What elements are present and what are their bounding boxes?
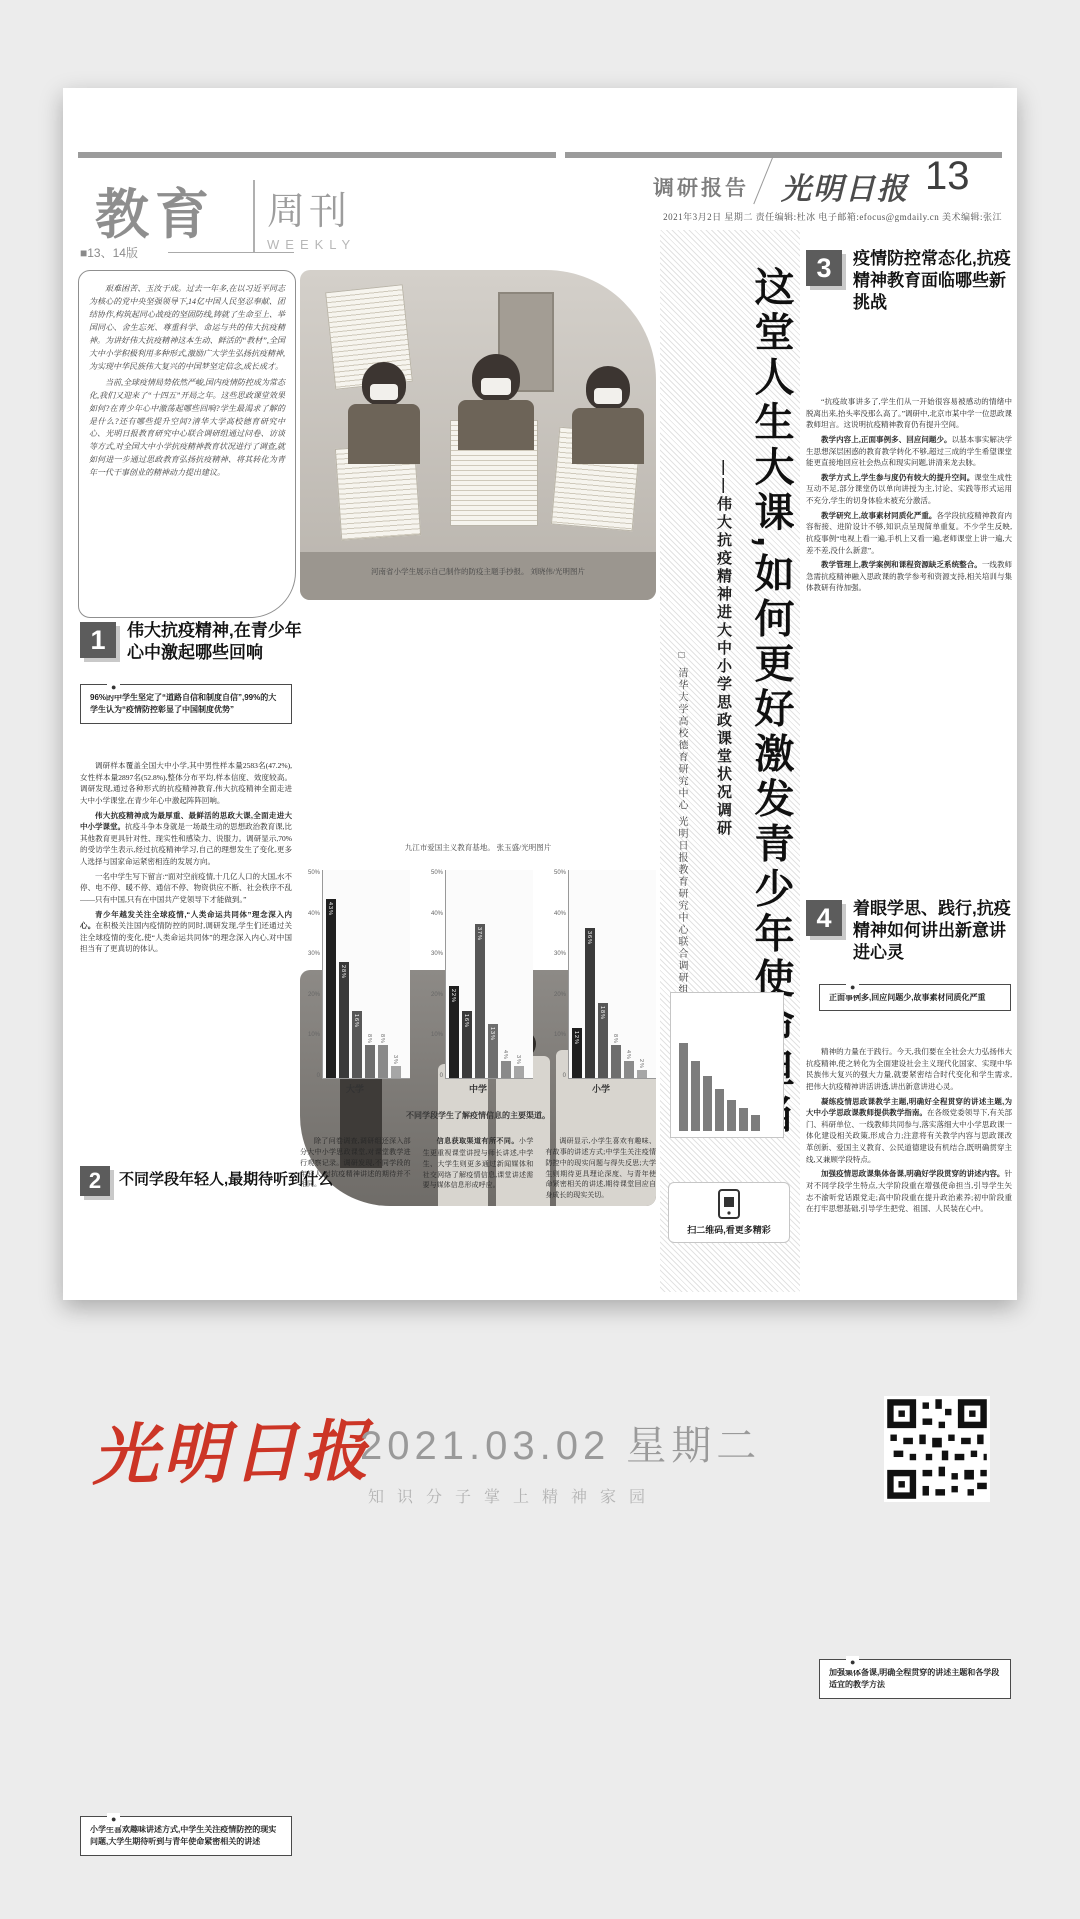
photo-students-posters bbox=[300, 270, 656, 600]
body-paragraph: 精神的力量在于践行。今天,我们要在全社会大力弘扬伟大抗疫精神,使之转化为全面建设… bbox=[806, 1046, 1012, 1093]
footer-date: 2021.03.02 星期二 bbox=[360, 1414, 761, 1471]
chart-bar: 8% bbox=[365, 1045, 375, 1078]
footer-logo: 光明日报 bbox=[91, 1398, 373, 1498]
chart-bar: 8% bbox=[378, 1045, 388, 1078]
mini-chart-bar bbox=[679, 1043, 688, 1131]
chart-x-label: 中学 bbox=[423, 1082, 533, 1095]
child-silhouette bbox=[348, 404, 420, 464]
photo-2-credit: 张玉盛/光明图片 bbox=[497, 843, 552, 852]
page-number: 13 bbox=[925, 154, 970, 199]
section-brand: 教育 bbox=[95, 172, 215, 249]
bullet-icon: ● bbox=[846, 1656, 859, 1670]
photo-2-caption-text: 九江市爱国主义教育基地。 bbox=[405, 843, 495, 852]
phone-icon bbox=[718, 1189, 740, 1219]
mini-chart-bar bbox=[691, 1061, 700, 1131]
intro-paragraph-1: 艰难困苦、玉汝于成。过去一年多,在以习近平同志为核心的党中央坚强领导下,14亿中… bbox=[89, 283, 285, 374]
intro-paragraph-2: 当前,全球疫情局势依然严峻,国内疫情防控成为常态化,我们又迎来了“十四五”开局之… bbox=[89, 377, 285, 481]
section-1-title: 伟大抗疫精神,在青少年心中激起哪些回响 bbox=[127, 620, 307, 664]
y-axis: 50%40%30%20%10%0 bbox=[423, 870, 445, 1079]
section-1-keynote: ● 96%的中学生坚定了“道路自信和制度自信”,99%的大学生认为“疫情防控彰显… bbox=[80, 684, 292, 724]
face-mask-shape bbox=[481, 378, 511, 395]
bullet-icon: ● bbox=[107, 1813, 120, 1827]
chart-bar: 2% bbox=[637, 1070, 647, 1078]
section-3-body: “抗疫故事讲多了,学生们从一开始很容易被感动的情绪中脱离出来,抬头率没那么高了。… bbox=[806, 396, 1012, 890]
section-4-keynote: ● 加强集体备课,明确全程贯穿的讲述主题和各学段适宜的教学方法 bbox=[819, 1659, 1011, 1699]
chart-plot: 43%28%16%8%8%3% bbox=[322, 870, 410, 1079]
chart-bar: 36% bbox=[585, 928, 595, 1078]
bullet-icon: ● bbox=[846, 981, 859, 995]
masthead-title: 光明日报 bbox=[781, 164, 909, 208]
mini-chart-bar bbox=[715, 1089, 724, 1131]
charts-caption: 不同学段学生了解疫情信息的主要渠道。 bbox=[300, 1110, 656, 1121]
qr-code bbox=[884, 1396, 990, 1502]
body-paragraph: 青少年越发关注全球疫情,“人类命运共同体”理念深入内心。在积极关注国内疫情防控的… bbox=[80, 909, 292, 956]
photo-1-caption-text: 河南省小学生展示自己制作的防疫主题手抄报。 bbox=[371, 567, 529, 576]
chart-middle-school: 50%40%30%20%10%022%16%37%13%4%3% 中学 bbox=[423, 870, 533, 1095]
section-1-keynote-text: 96%的中学生坚定了“道路自信和制度自信”,99%的大学生认为“疫情防控彰显了中… bbox=[90, 693, 276, 714]
mini-chart-bar bbox=[739, 1108, 748, 1131]
photo-1-caption: 河南省小学生展示自己制作的防疫主题手抄报。 刘晓伟/光明图片 bbox=[300, 566, 656, 577]
chart-bar: 12% bbox=[572, 1028, 582, 1078]
chart-bar: 16% bbox=[462, 1011, 472, 1078]
body-paragraph: “抗疫故事讲多了,学生们从一开始很容易被感动的情绪中脱离出来,抬头率没那么高了。… bbox=[806, 396, 1012, 431]
body-paragraph: 一名中学生写下留言:“面对空前疫情,十几亿人口的大国,水不停、电不停、暖不停、通… bbox=[80, 871, 292, 906]
section-3-title: 疫情防控常态化,抗疫精神教育面临哪些新挑战 bbox=[853, 248, 1011, 314]
section-2-body: 除了问卷调查,调研组还深入部分大中小学思政课堂,对课堂教学进行观察记录。调研发现… bbox=[300, 1136, 656, 1288]
chart-x-label: 大学 bbox=[300, 1082, 410, 1095]
chart-bar: 4% bbox=[624, 1061, 634, 1078]
section-2-number: 2 bbox=[80, 1166, 110, 1196]
section-2-keynote-text: 小学生喜欢趣味讲述方式,中学生关注疫情防控的现实问题,大学生期待听到与青年使命紧… bbox=[90, 1825, 276, 1846]
footer-slogan: 知识分子掌上精神家园 bbox=[368, 1484, 658, 1507]
body-paragraph: 凝练疫情思政课教学主题,明确好全程贯穿的讲述主题,为大中小学思政课教师提供教学指… bbox=[806, 1096, 1012, 1166]
chart-bar: 37% bbox=[475, 924, 485, 1078]
face-mask-shape bbox=[594, 388, 622, 404]
chart-bar: 4% bbox=[501, 1061, 511, 1078]
section-1-number: 1 bbox=[80, 622, 116, 658]
section-2-keynote: ● 小学生喜欢趣味讲述方式,中学生关注疫情防控的现实问题,大学生期待听到与青年使… bbox=[80, 1816, 292, 1856]
header-rule-left bbox=[78, 152, 556, 158]
mini-chart-bar bbox=[703, 1076, 712, 1131]
body-paragraph: 教学方式上,学生参与度仍有较大的提升空间。课堂生成性互动不足,部分课堂仍以单向讲… bbox=[806, 472, 1012, 507]
editor-intro-box: 艰难困苦、玉汝于成。过去一年多,在以习近平同志为核心的党中央坚强领导下,14亿中… bbox=[78, 270, 296, 618]
body-paragraph: 调研样本覆盖全国大中小学,其中男性样本量2583名(47.2%),女性样本量28… bbox=[80, 760, 292, 807]
scan-note-text: 扫二维码,看更多精彩 bbox=[687, 1223, 771, 1236]
chart-bar: 13% bbox=[488, 1024, 498, 1078]
chart-bar: 8% bbox=[611, 1045, 621, 1078]
body-paragraph: 伟大抗疫精神成为最厚重、最鲜活的思政大课,全面走进大中小学课堂。抗疫斗争本身就是… bbox=[80, 810, 292, 868]
body-paragraph: 教学管理上,教学案例和课程资源缺乏系统整合。一线教师急需抗疫精神融入思政课的教学… bbox=[806, 559, 1012, 594]
chart-bar: 18% bbox=[598, 1003, 608, 1078]
section-4-body: 精神的力量在于践行。今天,我们要在全社会大力弘扬伟大抗疫精神,使之转化为全面建设… bbox=[806, 1046, 1012, 1290]
body-paragraph: 教学内容上,正面事例多、回应问题少。以基本事实解决学生思想深层困惑的教育教学转化… bbox=[806, 434, 1012, 469]
chart-primary-school: 50%40%30%20%10%012%36%18%8%4%2% 小学 bbox=[546, 870, 656, 1095]
mini-chart-bar bbox=[727, 1100, 736, 1131]
face-mask-shape bbox=[370, 384, 398, 400]
chart-plot: 22%16%37%13%4%3% bbox=[445, 870, 533, 1079]
edition-note: ■13、14版 bbox=[80, 244, 138, 261]
y-axis: 50%40%30%20%10%0 bbox=[300, 870, 322, 1079]
dateline: 2021年3月2日 星期二 责任编辑:杜冰 电子邮箱:efocus@gmdail… bbox=[663, 210, 1002, 223]
body-paragraph: 信息获取渠道有所不同。小学生更重视课堂讲授与师长讲述,中学生、大学生则更多通过新… bbox=[423, 1136, 534, 1191]
chart-bar: 43% bbox=[326, 899, 336, 1078]
channel-charts: 50%40%30%20%10%043%28%16%8%8%3% 大学 50%40… bbox=[300, 870, 656, 1095]
newspaper-paper: 教育 周刊 WEEKLY 调研报告 光明日报 13 2021年3月2日 星期二 … bbox=[63, 88, 1017, 1300]
body-paragraph: 调研显示,小学生喜欢有趣味、有故事的讲述方式;中学生关注疫情防控中的现实问题与得… bbox=[545, 1136, 656, 1201]
edition-line bbox=[168, 252, 294, 253]
mini-chart-bar bbox=[751, 1115, 760, 1131]
weekly-en: WEEKLY bbox=[267, 237, 356, 252]
chart-bar: 3% bbox=[514, 1066, 524, 1078]
headline-band: 这堂人生大课,如何更好激发青少年使命担当 ——伟大抗疫精神进大中小学思政课堂状况… bbox=[660, 230, 800, 1292]
chart-x-label: 小学 bbox=[546, 1082, 656, 1095]
section-1-body: 调研样本覆盖全国大中小学,其中男性样本量2583名(47.2%),女性样本量28… bbox=[80, 760, 292, 1156]
section-4-keynote-text: 加强集体备课,明确全程贯穿的讲述主题和各学段适宜的教学方法 bbox=[829, 1668, 999, 1689]
chart-plot: 12%36%18%8%4%2% bbox=[568, 870, 656, 1079]
bullet-icon: ● bbox=[107, 681, 120, 695]
child-silhouette bbox=[572, 408, 644, 464]
photo-1-credit: 刘晓伟/光明图片 bbox=[530, 567, 585, 576]
chart-university: 50%40%30%20%10%043%28%16%8%8%3% 大学 bbox=[300, 870, 410, 1095]
chart-bar: 22% bbox=[449, 986, 459, 1078]
headline-subtitle: ——伟大抗疫精神进大中小学思政课堂状况调研 bbox=[713, 460, 734, 1020]
body-paragraph: 加强疫情思政课集体备课,明确好学段贯穿的讲述内容。针对不同学段学生特点,大学阶段… bbox=[806, 1168, 1012, 1215]
chart-bar: 16% bbox=[352, 1011, 362, 1078]
report-label: 调研报告 bbox=[653, 172, 749, 202]
photo-2-caption: 九江市爱国主义教育基地。 张玉盛/光明图片 bbox=[300, 842, 656, 853]
section-4-number: 4 bbox=[806, 900, 842, 936]
section-3-keynote: ● 正面事例多,回应问题少,故事素材同质化严重 bbox=[819, 984, 1011, 1011]
weekly-brand: 周刊 WEEKLY bbox=[253, 180, 356, 252]
mini-bar-chart bbox=[670, 992, 784, 1138]
newspaper-page-screenshot: 教育 周刊 WEEKLY 调研报告 光明日报 13 2021年3月2日 星期二 … bbox=[0, 0, 1080, 1919]
section-4-title: 着眼学思、践行,抗疫精神如何讲出新意讲进心灵 bbox=[853, 898, 1011, 964]
body-paragraph: 教学研究上,故事素材同质化严重。各学段抗疫精神教育内容衔接、进阶设计不够,知识点… bbox=[806, 510, 1012, 557]
body-paragraph: 除了问卷调查,调研组还深入部分大中小学思政课堂,对课堂教学进行观察记录。调研发现… bbox=[300, 1136, 411, 1190]
chart-bar: 28% bbox=[339, 962, 349, 1078]
qr-scan-note: 扫二维码,看更多精彩 bbox=[668, 1182, 790, 1243]
header-slash bbox=[753, 156, 773, 205]
chart-bar: 3% bbox=[391, 1066, 401, 1078]
weekly-cn: 周刊 bbox=[267, 180, 356, 235]
y-axis: 50%40%30%20%10%0 bbox=[546, 870, 568, 1079]
section-3-number: 3 bbox=[806, 250, 842, 286]
child-silhouette bbox=[458, 400, 534, 450]
